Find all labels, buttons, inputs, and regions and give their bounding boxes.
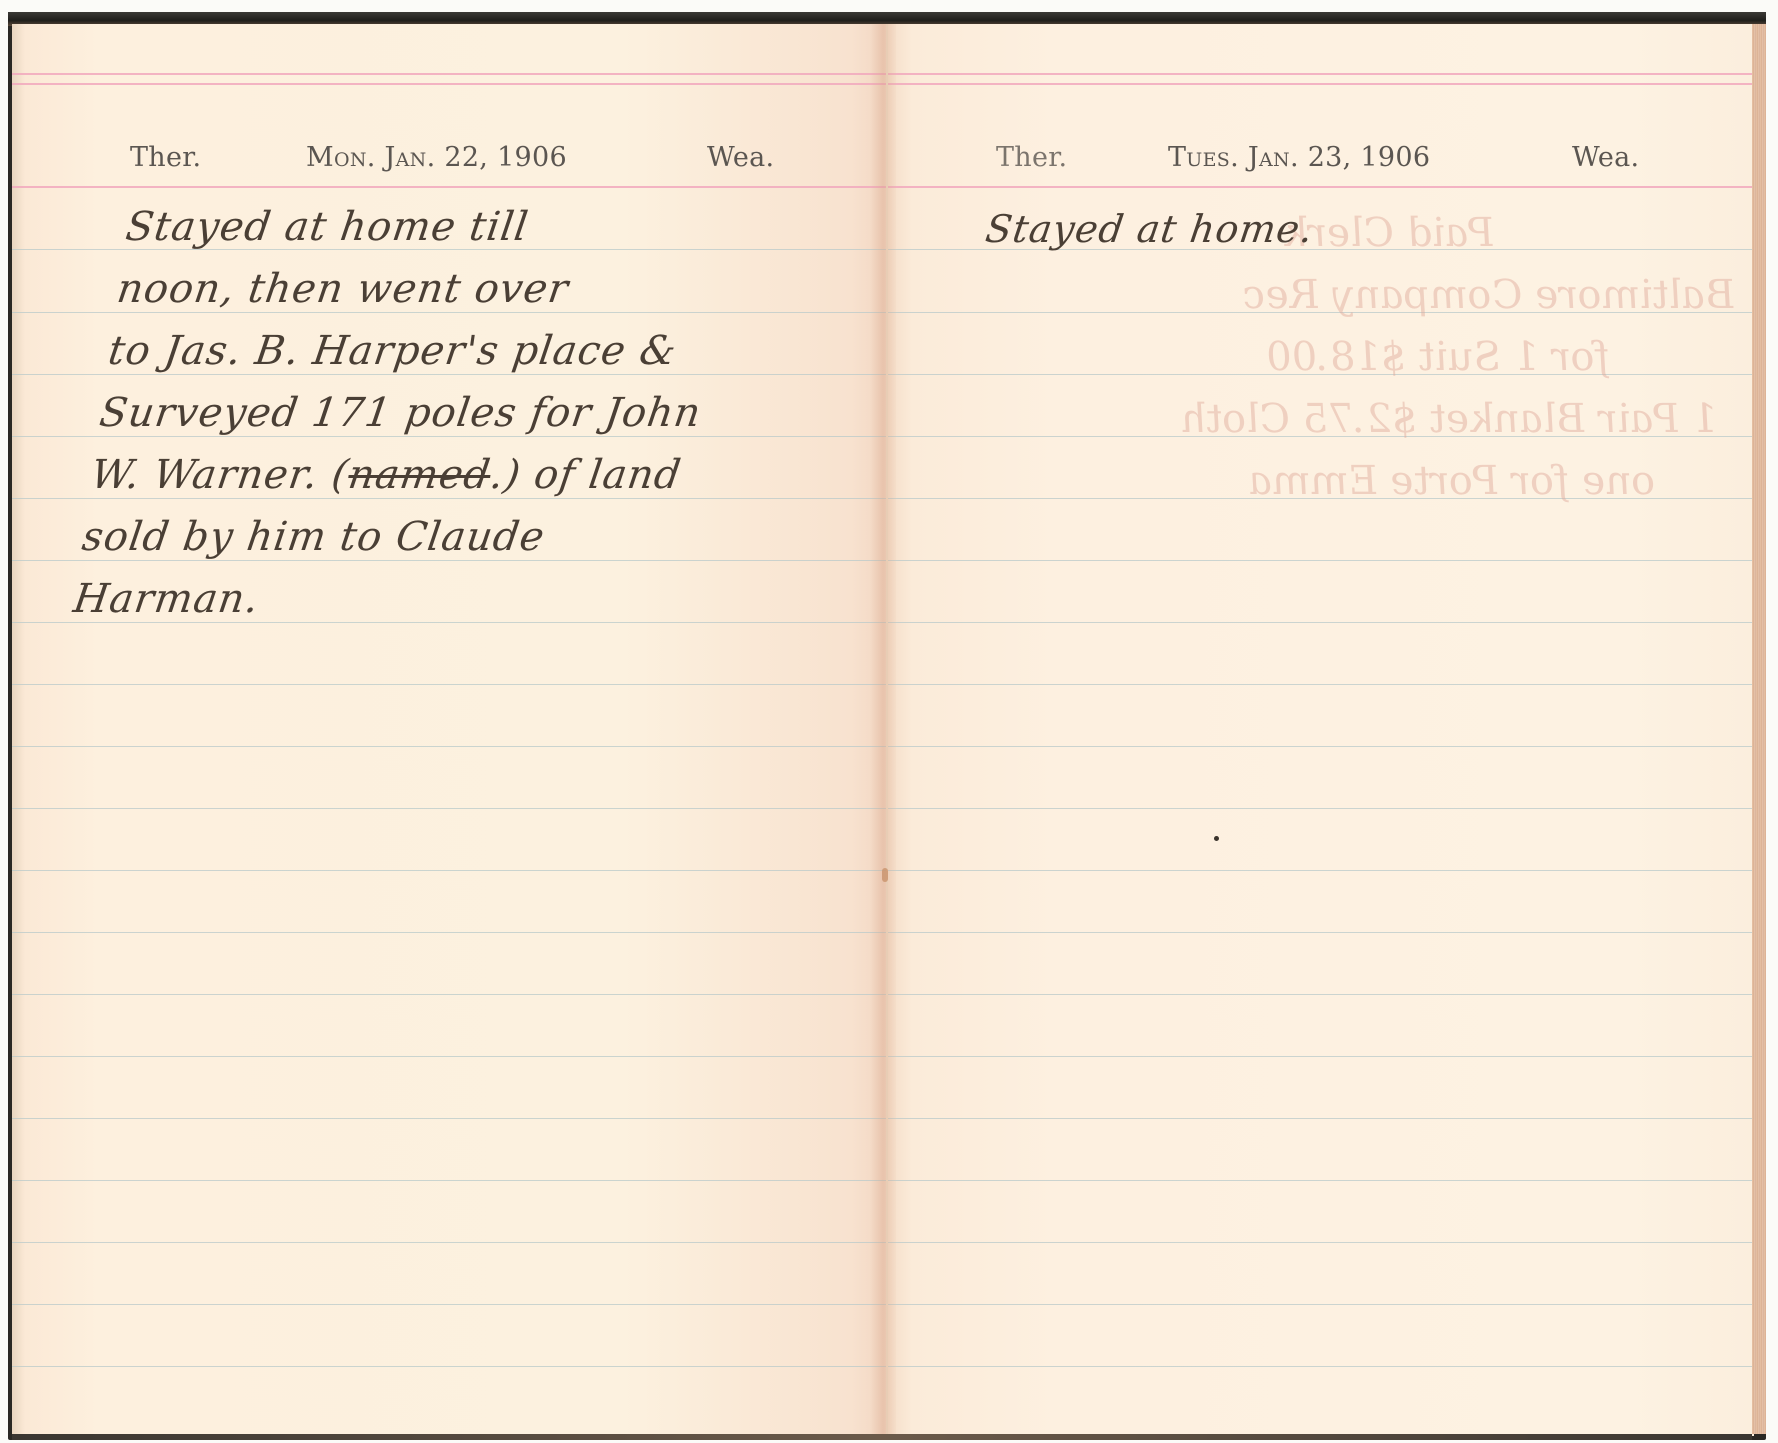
ruled-line xyxy=(12,1118,886,1119)
ruled-line xyxy=(886,932,1754,933)
gutter-stain xyxy=(882,868,888,882)
entry-line: to Jas. B. Harper's place & xyxy=(104,320,714,382)
ruled-line xyxy=(886,1366,1754,1367)
entry-line-with-strikeout: W. Warner. (named.) of land xyxy=(87,444,697,506)
entry-line: Stayed at home till xyxy=(122,196,732,258)
ruled-line xyxy=(886,808,1754,809)
ruled-line xyxy=(12,1304,886,1305)
ruled-line xyxy=(12,684,886,685)
date-heading: Tues. Jan. 23, 1906 xyxy=(1168,142,1430,173)
ruled-line xyxy=(886,746,1754,747)
handwritten-entry: Stayed at home till noon, then went over… xyxy=(70,196,732,630)
pink-header-rule xyxy=(886,186,1754,188)
page-stack-edge xyxy=(1752,24,1766,1434)
ruled-line xyxy=(12,932,886,933)
ruled-line xyxy=(886,1242,1754,1243)
gutter-shadow xyxy=(870,24,896,1436)
handwritten-entry: Stayed at home. xyxy=(982,198,1318,260)
ruled-line xyxy=(886,1118,1754,1119)
right-page: Ther. Tues. Jan. 23, 1906 Wea. Paid Cler… xyxy=(886,24,1754,1436)
ruled-line xyxy=(12,1180,886,1181)
thermometer-label: Ther. xyxy=(996,142,1067,173)
ruled-line xyxy=(12,1242,886,1243)
ruled-line xyxy=(886,870,1754,871)
struck-word: named xyxy=(345,452,493,498)
entry-line: Harman. xyxy=(70,568,680,630)
ruled-line xyxy=(886,622,1754,623)
entry-line: sold by him to Claude xyxy=(78,506,688,568)
ink-speck xyxy=(1214,836,1219,841)
ruled-line xyxy=(12,994,886,995)
ruled-line xyxy=(886,684,1754,685)
pink-double-rule-top xyxy=(886,73,1754,75)
left-page-header: Ther. Mon. Jan. 22, 1906 Wea. xyxy=(12,142,886,182)
date-heading: Mon. Jan. 22, 1906 xyxy=(306,142,567,173)
book-bottom-edge xyxy=(12,1434,1752,1440)
ruled-line xyxy=(12,1366,886,1367)
ruled-line xyxy=(12,746,886,747)
ruled-line xyxy=(886,560,1754,561)
pink-double-rule-top xyxy=(12,73,886,75)
book-gutter xyxy=(886,24,888,1436)
entry-line: Stayed at home. xyxy=(982,198,1318,260)
right-page-header: Ther. Tues. Jan. 23, 1906 Wea. xyxy=(886,142,1754,182)
ruled-line xyxy=(886,994,1754,995)
bleed-through-text: Paid Clerk Baltimore Company Rec for 1 S… xyxy=(1244,202,1748,512)
left-page: Ther. Mon. Jan. 22, 1906 Wea. Stayed at … xyxy=(12,24,886,1436)
pink-double-rule-bottom xyxy=(12,83,886,85)
weather-label: Wea. xyxy=(1572,142,1639,173)
ruled-line xyxy=(12,1056,886,1057)
entry-line: Surveyed 171 poles for John xyxy=(96,382,706,444)
ruled-line xyxy=(886,1180,1754,1181)
entry-line: noon, then went over xyxy=(113,258,723,320)
pink-double-rule-bottom xyxy=(886,83,1754,85)
pink-header-rule xyxy=(12,186,886,188)
weather-label: Wea. xyxy=(707,142,774,173)
ruled-line xyxy=(886,1056,1754,1057)
ruled-line xyxy=(12,808,886,809)
thermometer-label: Ther. xyxy=(130,142,201,173)
ruled-line xyxy=(886,1304,1754,1305)
ruled-line xyxy=(12,870,886,871)
